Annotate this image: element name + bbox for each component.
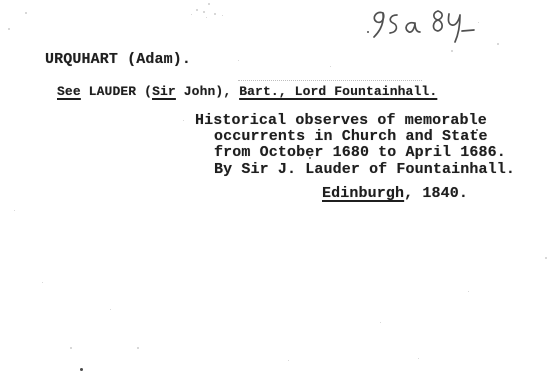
pencil-dot [367,31,369,33]
handwritten-shelfmark [364,7,478,45]
dash-stroke [462,30,474,31]
noise-speck [545,257,547,259]
see-reference-line: See LAUDER (Sir John), Bart., Lord Fount… [57,84,437,99]
noise-speck [80,368,83,371]
noise-speck [110,309,111,310]
noise-speck [478,22,479,23]
noise-speck [203,11,205,13]
plain-text: LAUDER ( [81,84,152,99]
noise-speck [206,17,207,18]
heading-entry: URQUHART (Adam). [45,52,191,68]
underlined-text: Sir [152,84,176,99]
digit-5-stroke [390,15,397,33]
digit-9-tail [374,14,383,37]
noise-speck [208,3,210,5]
underlined-text: Edinburgh [322,185,404,202]
underlined-text: See [57,84,81,99]
noise-speck [8,28,10,30]
noise-speck [418,358,419,359]
digit-8-stroke [433,11,442,31]
plain-text: , 1840. [404,185,468,202]
title-line: occurrents in Church and State [214,129,515,145]
noise-speck [330,66,331,67]
noise-speck [468,291,469,292]
noise-speck [214,13,216,15]
noise-speck [309,157,311,159]
digit-4-stroke [448,14,460,42]
ghost-typing-marks [238,80,422,81]
noise-speck [497,43,499,45]
noise-speck [288,360,289,361]
noise-speck [14,210,15,211]
noise-speck [238,60,239,61]
noise-speck [451,50,453,52]
title-line: Historical observes of memorable [195,113,515,129]
title-line: By Sir J. Lauder of Fountainhall. [214,162,515,178]
noise-speck [380,322,381,323]
underlined-text: Bart., Lord Fountainhall. [239,84,437,99]
noise-speck [191,14,192,15]
title-paragraph: Historical observes of memorableoccurren… [195,113,515,178]
noise-speck [196,9,198,11]
letter-a-stroke [406,23,420,32]
noise-speck [183,120,184,121]
noise-speck [25,12,27,14]
plain-text: John), [176,84,239,99]
catalog-card: URQUHART (Adam). See LAUDER (Sir John), … [0,0,550,374]
noise-speck [42,282,43,283]
noise-speck [222,15,223,16]
noise-speck [476,129,478,131]
noise-speck [70,347,72,349]
imprint-line: Edinburgh, 1840. [322,186,468,202]
noise-speck [137,347,139,349]
title-line: from October 1680 to April 1686. [214,145,515,161]
